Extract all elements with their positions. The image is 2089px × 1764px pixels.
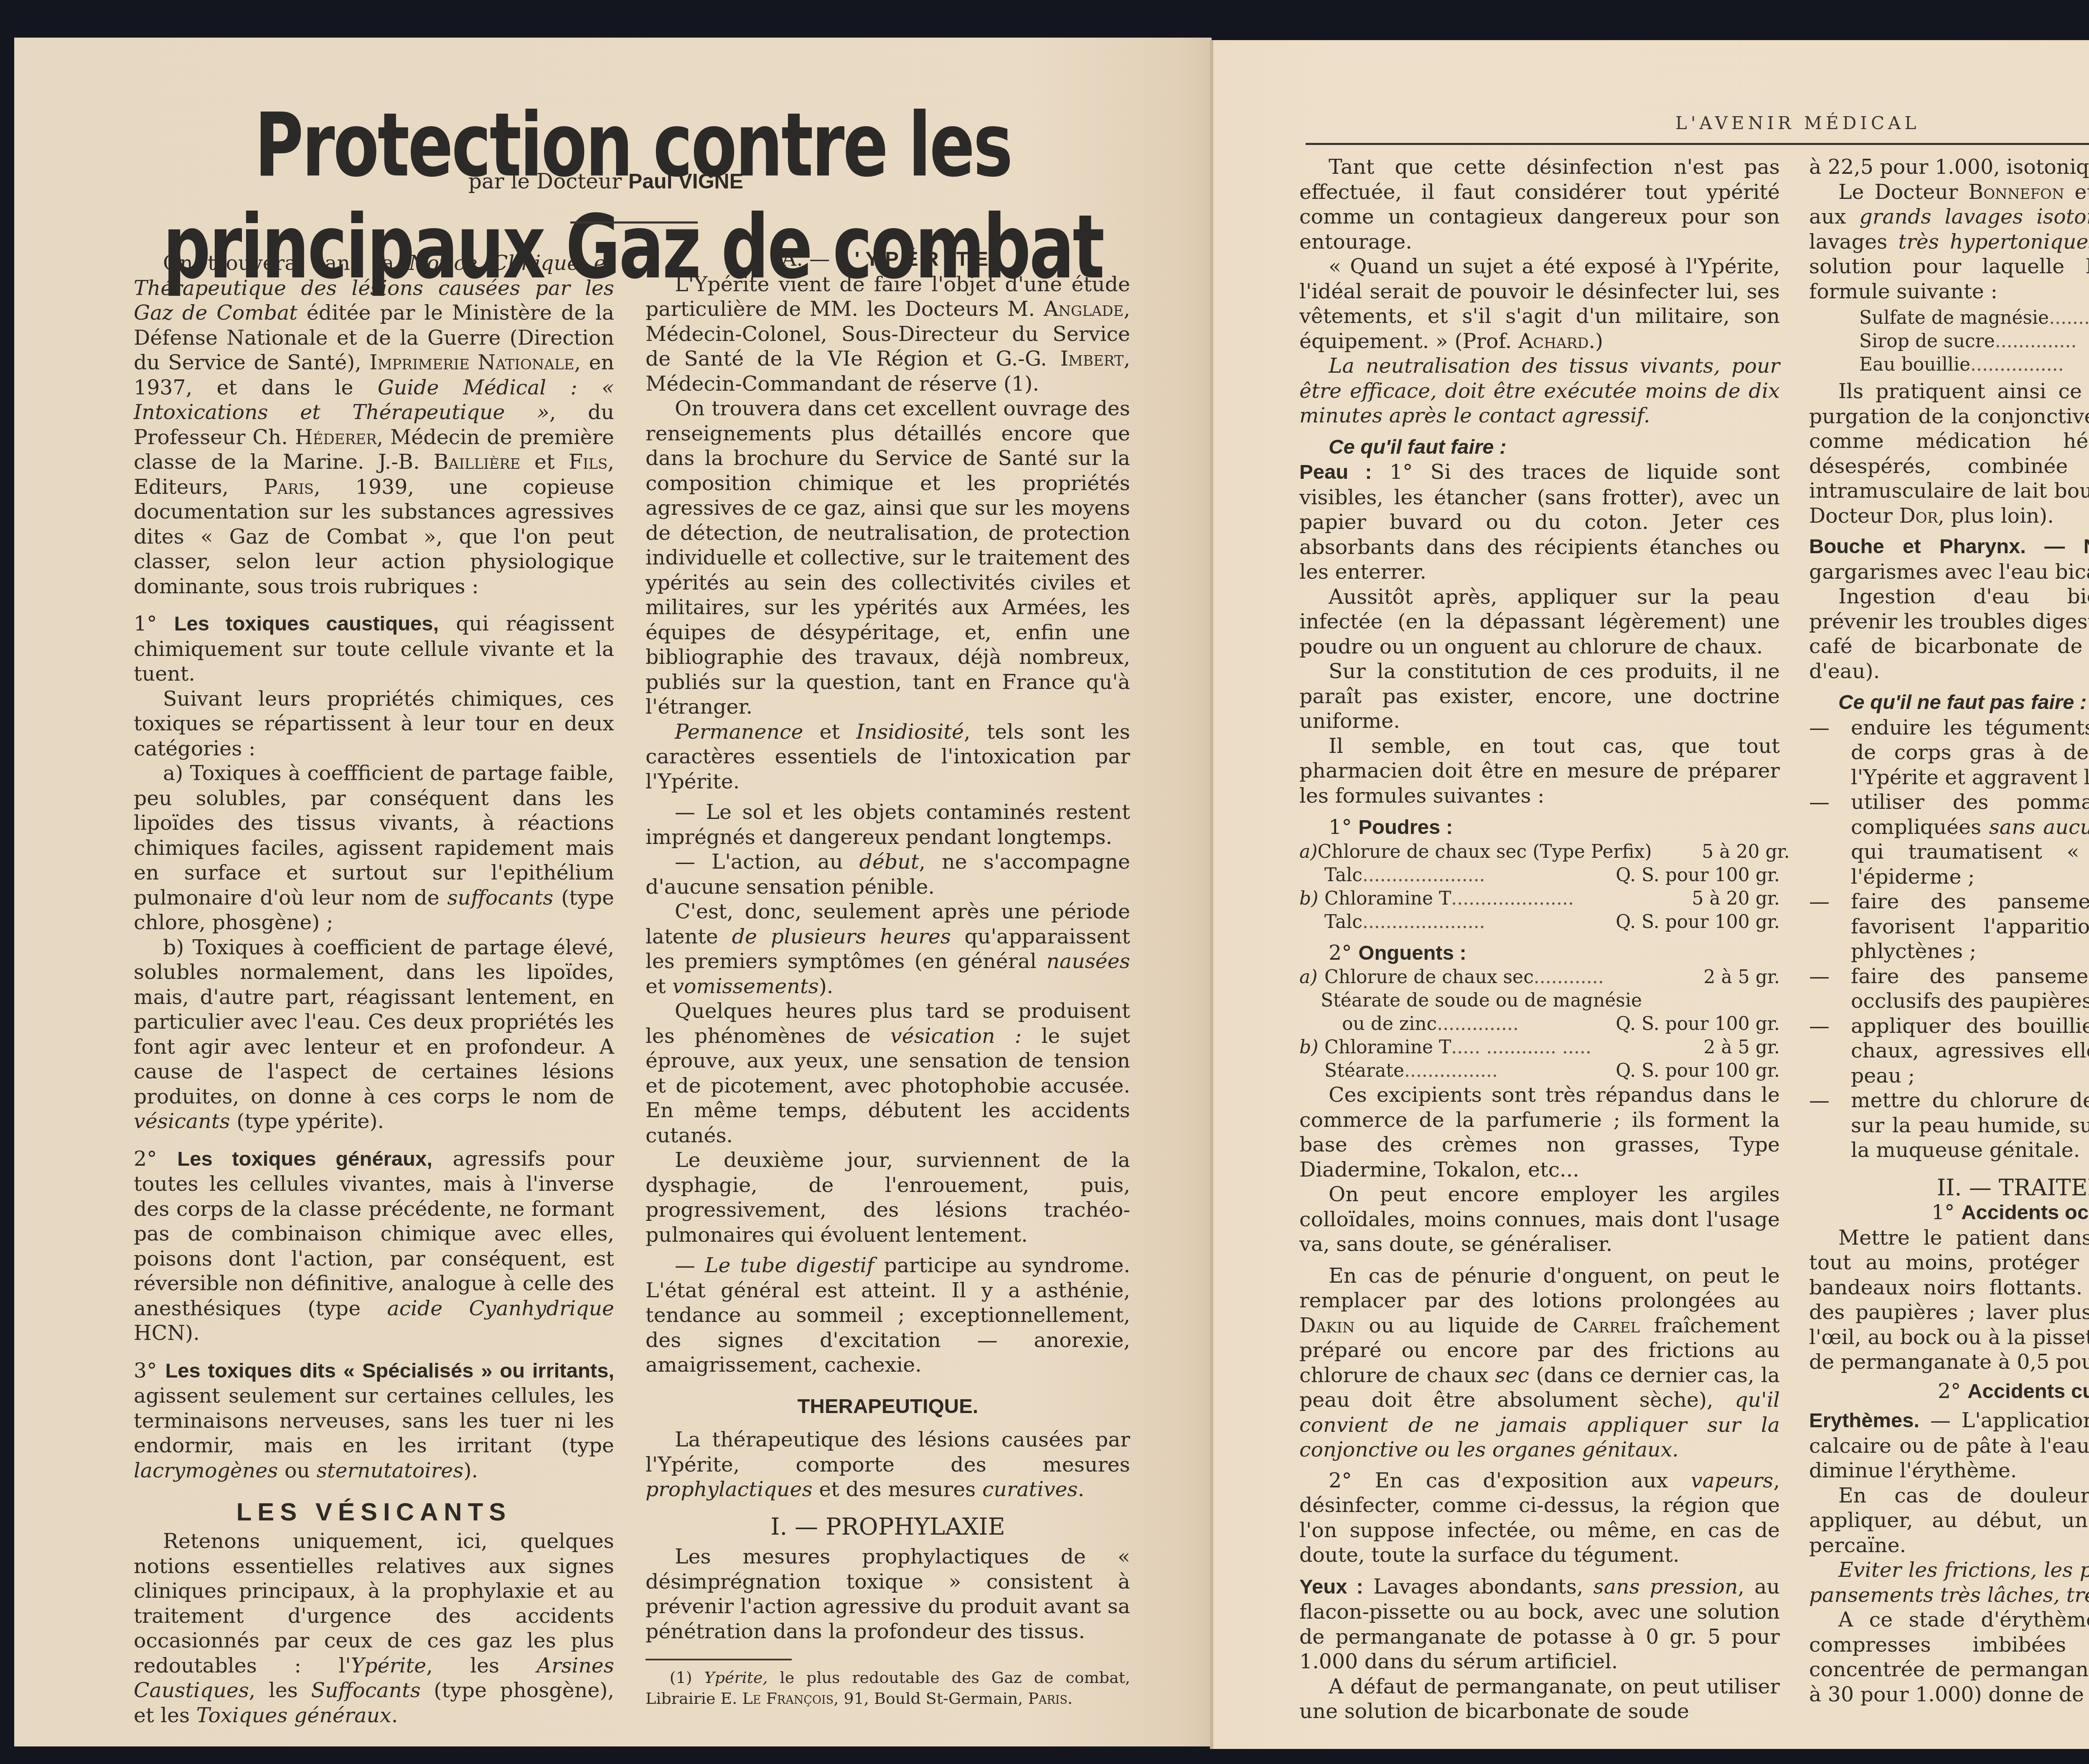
paragraph: Le deuxième jour, surviennent de la dysp… [646,1148,1130,1247]
yeux-paragraph: Yeux : Lavages abondants, sans pression,… [1299,1574,1780,1674]
formula-leader: ............ [1534,966,1642,989]
formula-label: Chloramine T [1324,887,1451,910]
dont-list-item: —faire des pansements humides et occlusi… [1809,964,2089,1014]
formula-mark: b) [1299,887,1324,910]
paragraph: Permanence et Insidiosité, tels sont les… [646,719,1130,794]
formula-quantity: 5 à 20 gr. [1652,840,1790,864]
paragraph: — Le tube digestif participe au syndrome… [646,1253,1130,1378]
formula-label: Talc [1324,910,1362,934]
formula-leader: ..................... [1362,864,1616,887]
header-rule [1306,143,2089,145]
paragraph: La neutralisation des tissus vivants, po… [1299,353,1780,428]
formula-mark: b) [1299,1036,1324,1059]
intro-paragraph: On trouvera dans la Notice Clinique et T… [134,251,614,599]
formula-row: Sulfate de magnésie........40 gr. [1859,306,2089,330]
formula-quantity: Q. S. pour 100 gr. [1616,1059,1780,1083]
dor-formula: Sulfate de magnésie........40 gr.Sirop d… [1809,304,2089,379]
section-heading-traitement: II. — TRAITEMENT [1809,1175,2089,1200]
formula-mark: a) [1299,840,1317,864]
paragraph: Il semble, en tout cas, que tout pharmac… [1299,734,1780,808]
formula-label: Talc [1324,864,1362,887]
paragraph: Aussitôt après, appliquer sur la peau in… [1299,585,1780,659]
formula-row: Stéarate de soude ou de magnésie [1299,989,1780,1012]
formula-row: Talc.....................Q. S. pour 100 … [1299,910,1780,934]
formula-leader: ..................... [1362,910,1616,934]
formula-row: Eau bouillie................150 gr. [1859,353,2089,376]
paragraph: Le Docteur Bonnefon et L. Dor, préfèrent… [1809,180,2089,304]
formula-leader: ................ [1404,1059,1616,1083]
paragraph: On peut encore employer les argiles coll… [1299,1182,1780,1257]
paragraph: A ce stade d'érythème, l'application de … [1809,1607,2089,1707]
formula-quantity: Q. S. pour 100 gr. [1616,910,1780,934]
byline-prefix: par le Docteur [468,169,622,193]
formula-mark [1299,864,1324,887]
paragraph: Mettre le patient dans la pénombre, ou t… [1809,1225,2089,1375]
section-heading-vesicants: LES VÉSICANTS [134,1495,614,1529]
subheading-cutanes: 2° Accidents cutanés : [1809,1379,2089,1404]
paragraph: Sur la constitution de ces produits, il … [1299,659,1780,734]
formula-mark [1299,989,1321,1012]
bouche-paragraph: Bouche et Pharynx. — Nez : Lavages et ga… [1809,534,2089,584]
paragraph-b: b) Toxiques à coefficient de partage éle… [134,935,614,1134]
paragraph: à 22,5 pour 1.000, isotonique aux larmes… [1809,155,2089,180]
formula-leader: ..................... [1451,887,1642,910]
paragraph: — L'action, au début, ne s'accompagne d'… [646,849,1130,899]
paragraph: Ingestion d'eau bicarbonatée pour préven… [1809,584,2089,684]
formula-label: ou de zinc [1324,1012,1437,1036]
formula-row: b)Chloramine T..... ............ .....2 … [1299,1036,1780,1059]
title-divider [570,221,698,224]
formula-leader: .............. [1437,1012,1616,1036]
formula-label: Chloramine T [1324,1036,1451,1059]
formula-label: Chlorure de chaux sec (Type Perfix) [1317,840,1652,864]
formula-quantity: Q. S. pour 100 gr. [1616,864,1780,887]
formula-row: Stéarate................Q. S. pour 100 g… [1299,1059,1780,1083]
formula-quantity: 2 à 5 gr. [1642,966,1780,989]
paragraph: La thérapeutique des lésions causées par… [646,1427,1130,1502]
quote-paragraph: « Quand un sujet a été exposé à l'Ypérit… [1299,254,1780,353]
dash-bullet: — [1809,964,1851,989]
formula-row: Talc.....................Q. S. pour 100 … [1299,864,1780,887]
dash-bullet: — [1809,1014,1851,1039]
subheading-onguents: 2° Onguents : [1299,940,1780,966]
left-col-2: A. — L'YPÉRITE L'Ypérite vient de faire … [646,247,1130,1644]
subheading-oculaires: 1° Accidents oculaires : [1809,1200,2089,1225]
formula-label: Chlorure de chaux sec [1324,966,1534,989]
section-heading-yperite: A. — L'YPÉRITE [646,247,1130,272]
paragraph: L'Ypérite vient de faire l'objet d'une é… [646,272,1130,397]
formula-row: a)Chlorure de chaux sec (Type Perfix)5 à… [1299,840,1780,864]
paragraph: C'est, donc, seulement après une période… [646,899,1130,999]
page-gutter [1210,40,1213,1749]
paragraph: Les mesures prophylactiques de « désimpr… [646,1544,1130,1644]
paragraph-a: a) Toxiques à coeffficient de partage fa… [134,761,614,935]
paragraph: Tant que cette désinfection n'est pas ef… [1299,155,1780,254]
dont-list-item: —mettre du chlorure de chaux en poudre s… [1809,1088,2089,1163]
poudres-formula: a)Chlorure de chaux sec (Type Perfix)5 à… [1299,840,1780,934]
byline-author: Paul VIGNE [628,170,743,193]
dash-bullet: — [1809,889,1851,914]
formula-row: a)Chlorure de chaux sec............2 à 5… [1299,966,1780,989]
left-col-1: On trouvera dans la Notice Clinique et T… [134,251,614,1728]
footnote-divider [646,1659,792,1660]
erythemes-paragraph: Erythèmes. — L'application de liniment o… [1809,1408,2089,1483]
paragraph: Eviter les frictions, les pressions ; fa… [1809,1558,2089,1607]
dash-bullet: — [1809,715,1851,740]
formula-mark [1299,1012,1324,1036]
byline: par le Docteur Paul VIGNE [418,169,794,193]
running-head: L'AVENIR MÉDICAL [1675,113,1920,133]
formula-mark [1299,910,1324,934]
dont-list-item: —utiliser des pommades à formules compli… [1809,790,2089,889]
formula-mark [1299,1059,1324,1083]
formula-leader: ..... ............ ..... [1451,1036,1642,1059]
dont-list-item: —appliquer des bouillies de chlorure de … [1809,1014,2089,1088]
section-heading-therapeutique: THERAPEUTIQUE. [646,1394,1130,1419]
formula-label: Sulfate de magnésie [1859,306,2049,330]
subheading-poudres: 1° Poudres : [1299,815,1780,840]
subheading-ne-pas-faire: Ce qu'il ne faut pas faire : [1809,690,2089,715]
footnote: (1) Ypérite, le plus redoutable des Gaz … [646,1667,1130,1709]
formula-label: Eau bouillie [1859,353,1970,376]
dont-list-item: —faire des pansements serrés, qui favori… [1809,889,2089,964]
formula-leader: .............. [1995,330,2089,353]
paragraph: 2° En cas d'exposition aux vapeurs, dési… [1299,1468,1780,1568]
onguents-formula: a)Chlorure de chaux sec............2 à 5… [1299,966,1780,1083]
formula-row: ou de zinc..............Q. S. pour 100 g… [1299,1012,1780,1036]
paragraph: On trouvera dans cet excellent ouvrage d… [646,396,1130,719]
formula-leader: ........ [2049,306,2089,330]
paragraph: En cas de douleurs insupportables, appli… [1809,1483,2089,1558]
paragraph: En cas de pénurie d'onguent, on peut le … [1299,1263,1780,1462]
paragraph: Quelques heures plus tard se produisent … [646,999,1130,1148]
formula-quantity: 5 à 20 gr. [1642,887,1780,910]
paragraph: A défaut de permanganate, on peut utilis… [1299,1674,1780,1724]
formula-label: Stéarate [1324,1059,1404,1083]
category-1: 1° Les toxiques caustiques, qui réagisse… [134,611,614,686]
paragraph-retenons: Retenons uniquement, ici, quelques notio… [134,1529,614,1728]
formula-quantity: Q. S. pour 100 gr. [1616,1012,1780,1036]
dash-bullet: — [1809,790,1851,815]
formula-row: b)Chloramine T.....................5 à 2… [1299,887,1780,910]
formula-label: Sirop de sucre [1859,330,1995,353]
dash-bullet: — [1809,1088,1851,1113]
formula-quantity: 2 à 5 gr. [1642,1036,1780,1059]
right-col-1: Tant que cette désinfection n'est pas ef… [1299,155,1780,1724]
peau-paragraph: Peau : 1° Si des traces de liquide sont … [1299,460,1780,585]
formula-row: Sirop de sucre..............50 gr. [1859,330,2089,353]
formula-mark: a) [1299,966,1324,989]
paragraph: — Le sol et les objets contaminés resten… [646,800,1130,849]
formula-leader: ................ [1970,353,2089,376]
subheading-faire: Ce qu'il faut faire : [1299,435,1780,460]
donts-list: —enduire les téguments ou les paupières … [1809,715,2089,1163]
right-col-2: à 22,5 pour 1.000, isotonique aux larmes… [1809,155,2089,1707]
section-heading-prophylaxie: I. — PROPHYLAXIE [646,1515,1130,1540]
dont-list-item: —enduire les téguments ou les paupières … [1809,715,2089,790]
paragraph: Ils pratiquent ainsi ce qu'ils appellent… [1809,379,2089,528]
category-2: 2° Les toxiques généraux, agressifs pour… [134,1146,614,1346]
paragraph: Suivant leurs propriétés chimiques, ces … [134,686,614,761]
formula-quantity [1642,989,1780,1012]
formula-label: Stéarate de soude ou de magnésie [1321,989,1642,1012]
paragraph: Ces excipients sont très répandus dans l… [1299,1083,1780,1182]
category-3: 3° Les toxiques dits « Spécialisés » ou … [134,1358,614,1483]
